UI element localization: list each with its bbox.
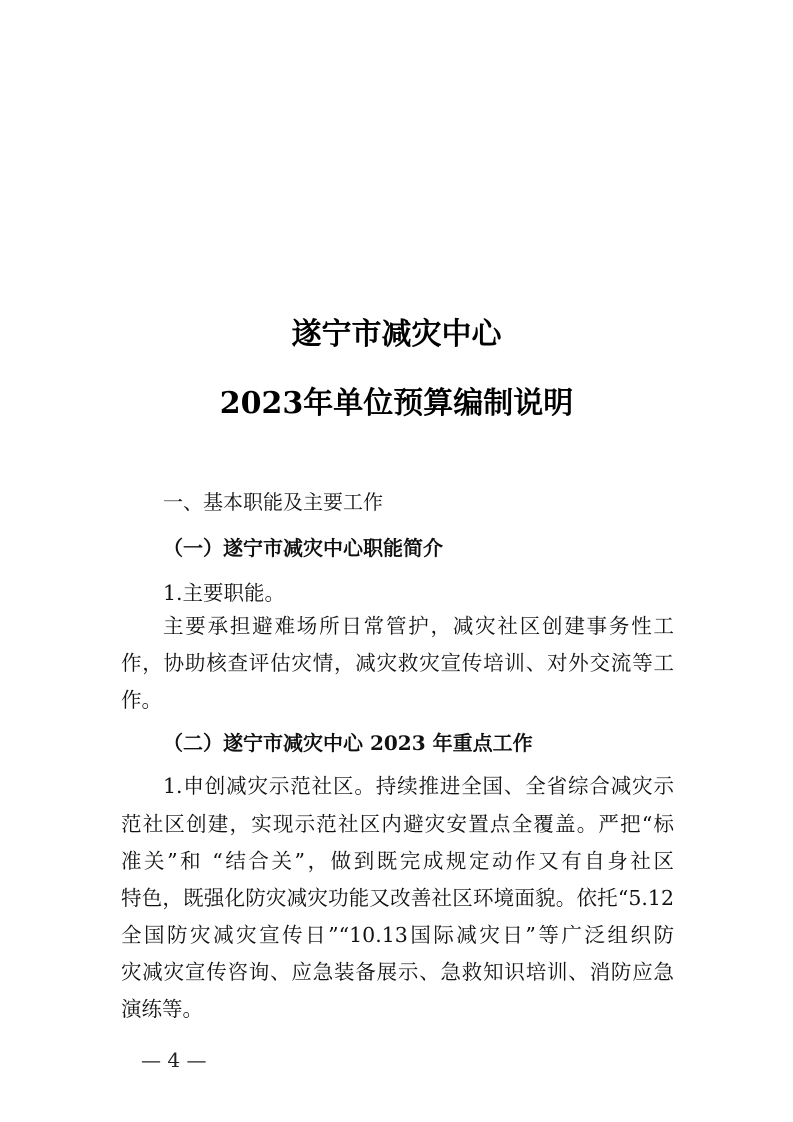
- duties-text-line: 作，协助核查评估灾情，减灾救灾宣传培训、对外交流等工: [121, 648, 674, 678]
- section-heading-basic-functions: 一、基本职能及主要工作: [163, 487, 674, 517]
- work-text-line: 范社区创建，实现示范社区内避灾安置点全覆盖。严把“标: [121, 809, 674, 839]
- duties-text-line: 主要承担避难场所日常管护，减灾社区创建事务性工: [163, 611, 674, 641]
- duties-text-line: 作。: [121, 685, 674, 715]
- document-page: 遂宁市减灾中心 2023年单位预算编制说明 一、基本职能及主要工作 （一）遂宁市…: [0, 0, 793, 1122]
- page-number: — 4 —: [141, 1048, 206, 1072]
- work-text-line: 全国防灾减灾宣传日”“10.13国际减灾日”等广泛组织防: [121, 920, 674, 950]
- document-title-line2: 2023年单位预算编制说明: [0, 378, 793, 422]
- item-label-main-duties: 1.主要职能。: [163, 578, 674, 608]
- subsection-heading-function-intro: （一）遂宁市减灾中心职能简介: [163, 533, 674, 563]
- subsection-heading-key-work: （二）遂宁市减灾中心 2023 年重点工作: [163, 728, 674, 758]
- work-text-line: 准关”和 “结合关”，做到既完成规定动作又有自身社区: [121, 846, 674, 876]
- work-text-line: 1.申创减灾示范社区。持续推进全国、全省综合减灾示: [163, 771, 674, 801]
- work-text-line: 特色，既强化防灾减灾功能又改善社区环境面貌。依托“5.12: [121, 883, 674, 913]
- work-text-line: 灾减灾宣传咨询、应急装备展示、急救知识培训、消防应急: [121, 957, 674, 987]
- document-title-line1: 遂宁市减灾中心: [0, 309, 793, 353]
- work-text-line: 演练等。: [121, 994, 674, 1024]
